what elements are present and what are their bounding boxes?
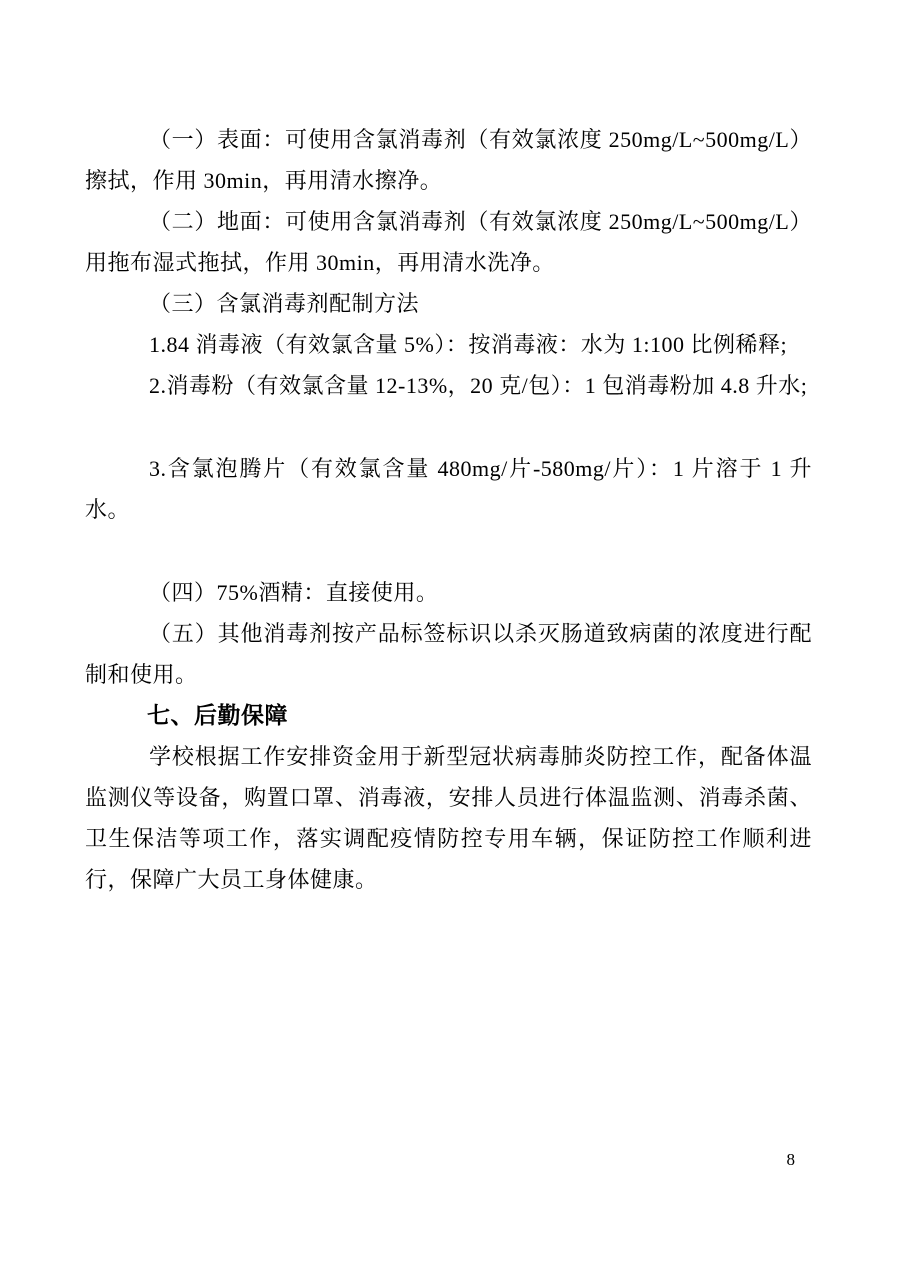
para-logistics-details: 学校根据工作安排资金用于新型冠状病毒肺炎防控工作，配备体温监测仪等设备，购置口罩…: [85, 736, 812, 900]
page-number: 8: [787, 1150, 796, 1169]
document-body: （一）表面：可使用含氯消毒剂（有效氯浓度 250mg/L~500mg/L）擦拭，…: [85, 119, 812, 900]
para-floor-disinfection: （二）地面：可使用含氯消毒剂（有效氯浓度 250mg/L~500mg/L）用拖布…: [85, 201, 812, 283]
para-chlorine-preparation-method: （三）含氯消毒剂配制方法: [85, 283, 812, 324]
para-alcohol-75: （四）75%酒精：直接使用。: [85, 572, 812, 613]
document-page: （一）表面：可使用含氯消毒剂（有效氯浓度 250mg/L~500mg/L）擦拭，…: [0, 0, 900, 1273]
list-item-84-disinfectant: 1.84 消毒液（有效氯含量 5%）：按消毒液：水为 1:100 比例稀释;: [85, 324, 812, 365]
heading-logistics-support: 七、后勤保障: [85, 695, 812, 736]
list-item-disinfectant-powder: 2.消毒粉（有效氯含量 12-13%，20 克/包）：1 包消毒粉加 4.8 升…: [85, 365, 812, 406]
para-surface-disinfection: （一）表面：可使用含氯消毒剂（有效氯浓度 250mg/L~500mg/L）擦拭，…: [85, 119, 812, 201]
para-other-disinfectants: （五）其他消毒剂按产品标签标识以杀灭肠道致病菌的浓度进行配制和使用。: [85, 613, 812, 695]
list-item-effervescent-tablet: 3.含氯泡腾片（有效氯含量 480mg/片-580mg/片）：1 片溶于 1 升…: [85, 448, 812, 530]
page-footer: 8: [0, 1150, 795, 1170]
